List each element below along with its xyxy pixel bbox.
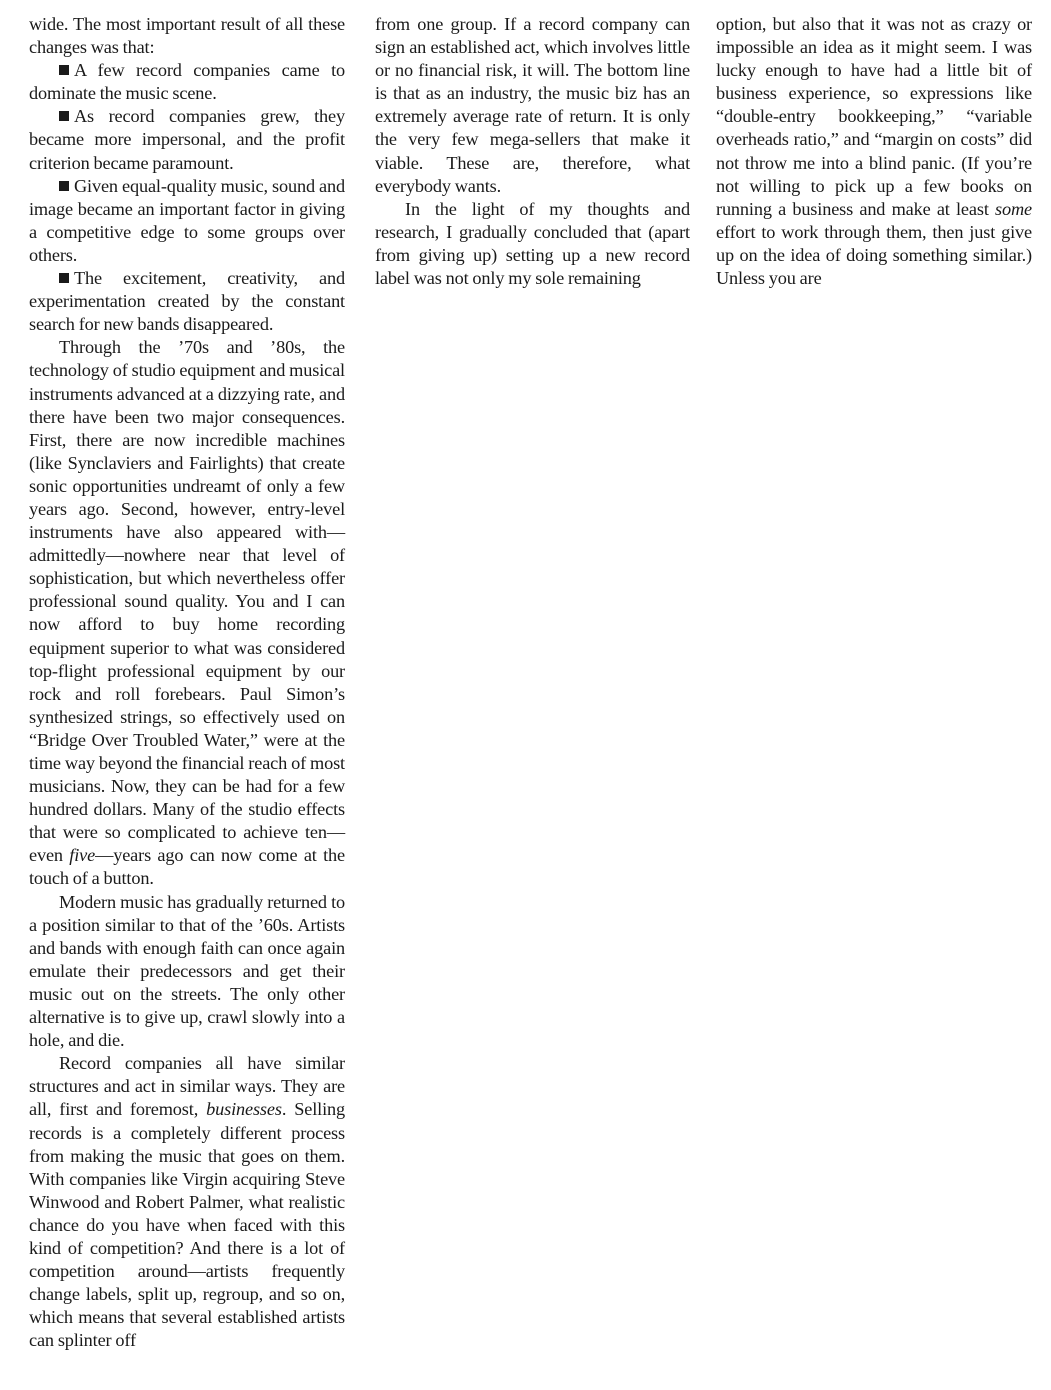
paragraph-text: Through the ’70s and ’80s, the technolog…	[29, 337, 345, 865]
bullet-text: The excitement, creativity, and experime…	[29, 268, 345, 334]
square-bullet-icon	[59, 181, 69, 191]
bullet-text: Given equal-quality music, sound and ima…	[29, 176, 345, 265]
bullet-text: A few record companies came to dominate …	[29, 60, 345, 103]
text-column-1: wide. The most important result of all t…	[29, 13, 345, 1352]
paragraph: Through the ’70s and ’80s, the technolog…	[29, 336, 345, 890]
bullet-text: As record companies grew, they became mo…	[29, 106, 345, 172]
paragraph-text: option, but also that it was not as craz…	[716, 14, 1032, 219]
paragraph-text: . Selling records is a completely differ…	[29, 1099, 345, 1350]
paragraph-continued: option, but also that it was not as craz…	[716, 13, 1032, 290]
bullet-item: A few record companies came to dominate …	[29, 59, 345, 105]
paragraph-continued: wide. The most important result of all t…	[29, 13, 345, 59]
paragraph-continued: from one group. If a record company can …	[375, 13, 690, 198]
square-bullet-icon	[59, 273, 69, 283]
paragraph: Record companies all have similar struct…	[29, 1052, 345, 1352]
text-column-2: from one group. If a record company can …	[375, 13, 690, 290]
square-bullet-icon	[59, 65, 69, 75]
paragraph-text: effort to work through them, then just g…	[716, 222, 1032, 288]
bullet-item: The excitement, creativity, and experime…	[29, 267, 345, 336]
emphasis-text: businesses	[206, 1099, 282, 1119]
bullet-item: As record companies grew, they became mo…	[29, 105, 345, 174]
paragraph: Modern music has gradually returned to a…	[29, 891, 345, 1053]
text-column-3: option, but also that it was not as craz…	[716, 13, 1032, 290]
paragraph: In the light of my thoughts and research…	[375, 198, 690, 290]
square-bullet-icon	[59, 111, 69, 121]
emphasis-text: five	[69, 845, 95, 865]
bullet-item: Given equal-quality music, sound and ima…	[29, 175, 345, 267]
emphasis-text: some	[995, 199, 1032, 219]
